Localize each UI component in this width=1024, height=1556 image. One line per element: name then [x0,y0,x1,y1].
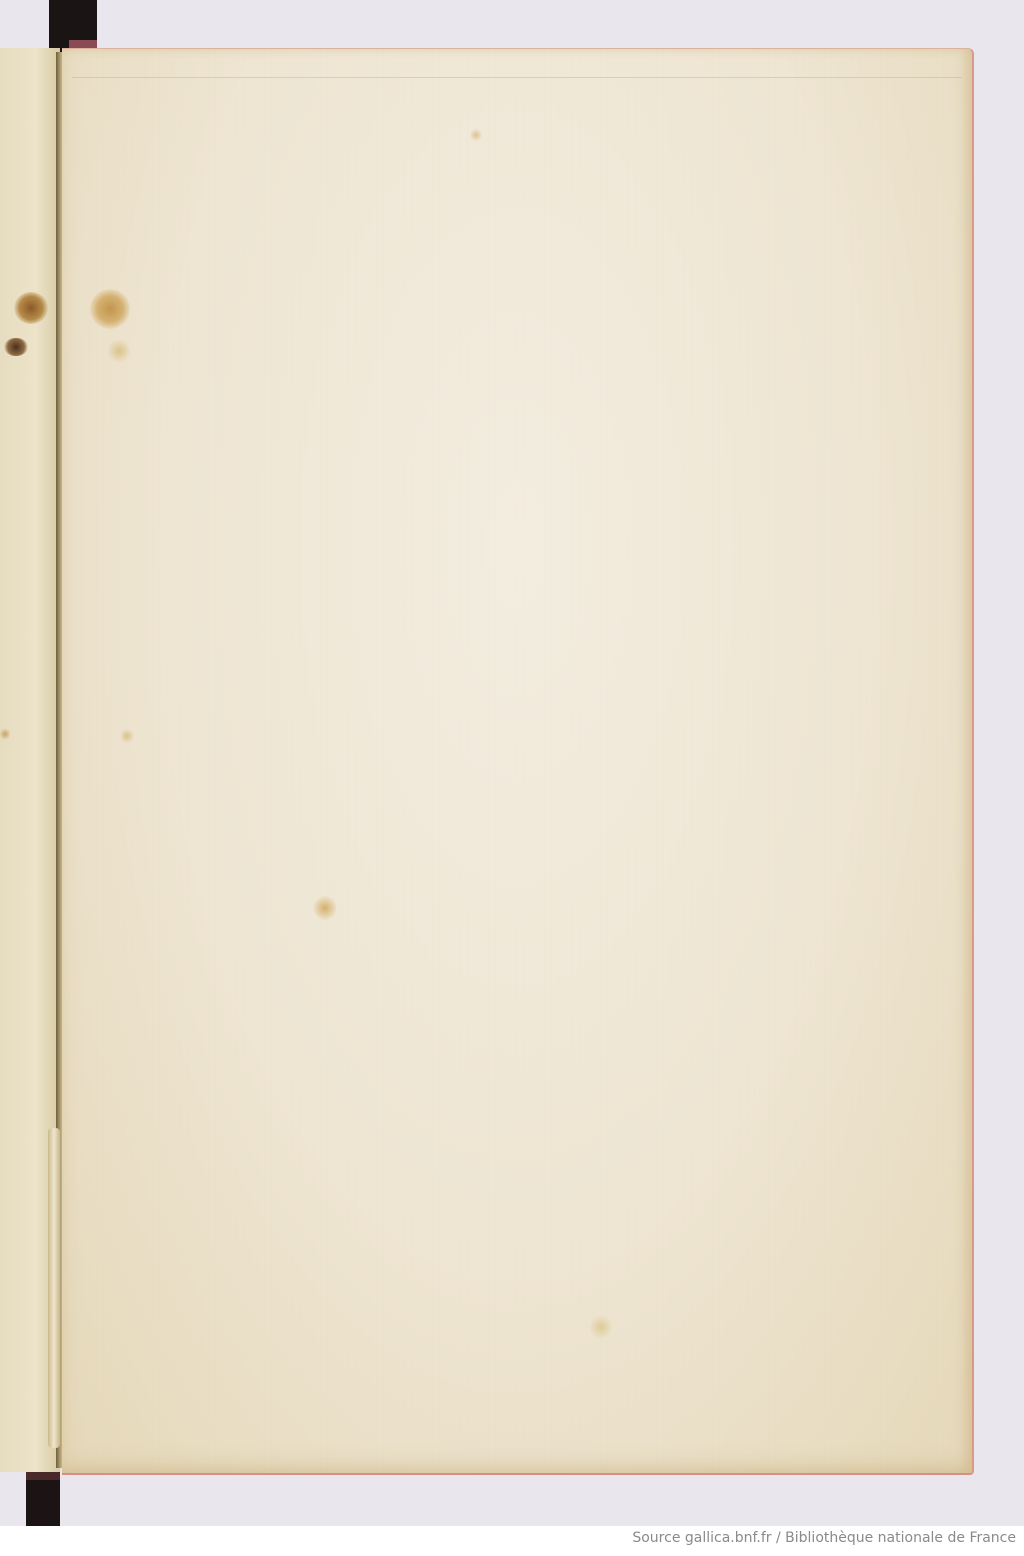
binding-strip-bottom [26,1470,60,1526]
blank-page [62,48,974,1475]
page-fold-line [72,77,962,78]
foxing-stain [314,895,336,921]
footer-band: Source gallica.bnf.fr / Bibliothèque nat… [0,1526,1024,1556]
torn-paper-edge [48,1128,60,1448]
foxing-stain [108,339,130,363]
scan-area [0,0,1024,1526]
foxing-stain [90,289,130,329]
foxing-stain [0,728,10,740]
source-credit: Source gallica.bnf.fr / Bibliothèque nat… [632,1530,1016,1546]
foxing-stain [590,1315,612,1339]
foxing-stain [470,129,482,141]
foxing-stain [14,292,48,324]
foxing-stain [120,729,134,743]
foxing-stain [4,338,28,356]
